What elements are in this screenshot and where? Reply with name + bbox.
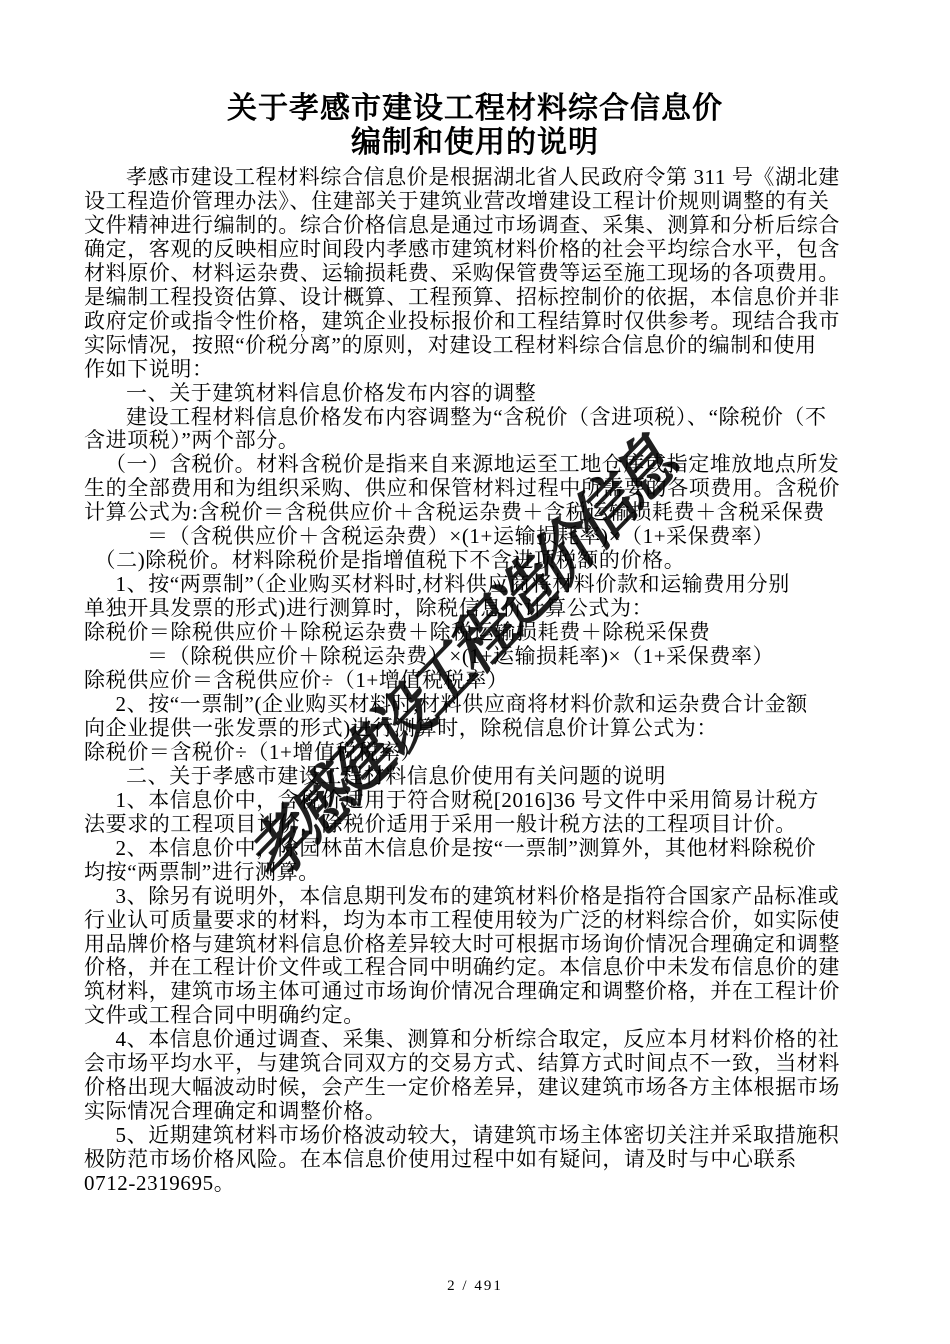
body-line: 价格，并在工程计价文件或工程合同中明确约定。本信息价中未发布信息价的建 [84,956,866,980]
body-line: （一）含税价。材料含税价是指来自来源地运至工地仓库或指定堆放地点所发 [84,453,866,477]
body-line: 孝感市建设工程材料综合信息价是根据湖北省人民政府令第 311 号《湖北建 [84,166,866,190]
body-line: 实际情况，按照“价税分离”的原则，对建设工程材料综合信息价的编制和使用 [84,334,866,358]
body-line: 二、关于孝感市建设工程材料信息价使用有关问题的说明 [84,765,866,789]
document-title-line2: 编制和使用的说明 [0,126,950,160]
body-line: 会市场平均水平，与建筑合同双方的交易方式、结算方式时间点不一致，当材料 [84,1052,866,1076]
body-line: 0712-2319695。 [84,1172,866,1196]
body-line: 除税价＝含税价÷（1+增值税税率） [84,741,866,765]
body-line: 均按“两票制”进行测算。 [84,861,866,885]
document-title-line1: 关于孝感市建设工程材料综合信息价 [0,0,950,126]
page-number: 2 / 491 [0,1278,950,1295]
body-line: 一、关于建筑材料信息价格发布内容的调整 [84,382,866,406]
body-line: 1、按“两票制”（企业购买材料时,材料供应商将材料价款和运输费用分别 [84,573,866,597]
body-line: 生的全部费用和为组织采购、供应和保管材料过程中所需要的各项费用。含税价 [84,477,866,501]
body-line: 除税供应价＝含税供应价÷（1+增值税税率） [84,669,866,693]
body-line: 极防范市场价格风险。在本信息价使用过程中如有疑问，请及时与中心联系 [84,1148,866,1172]
document-body: 孝感市建设工程材料综合信息价是根据湖北省人民政府令第 311 号《湖北建设工程造… [0,160,950,1196]
body-line: 除税价＝除税供应价＋除税运杂费＋除税运输损耗费＋除税采保费 [84,621,866,645]
body-line: 2、按“一票制”(企业购买材料时,材料供应商将材料价款和运杂费合计金额 [84,693,866,717]
body-line: 价格出现大幅波动时候，会产生一定价格差异，建议建筑市场各方主体根据市场 [84,1076,866,1100]
body-line: （二)除税价。材料除税价是指增值税下不含进项税额的价格。 [84,549,866,573]
body-line: 设工程造价管理办法》、住建部关于建筑业营改增建设工程计价规则调整的有关 [84,190,866,214]
body-line: 文件精神进行编制的。综合价格信息是通过市场调查、采集、测算和分析后综合 [84,214,866,238]
body-line: 文件或工程合同中明确约定。 [84,1004,866,1028]
body-line: 作如下说明： [84,358,866,382]
body-line: 4、本信息价通过调查、采集、测算和分析综合取定，反应本月材料价格的社 [84,1028,866,1052]
body-line: 用品牌价格与建筑材料信息价格差异较大时可根据市场询价情况合理确定和调整 [84,933,866,957]
body-line: 计算公式为:含税价＝含税供应价＋含税运杂费＋含税运输损耗费＋含税采保费 [84,501,866,525]
body-line: 确定，客观的反映相应时间段内孝感市建筑材料价格的社会平均综合水平，包含 [84,238,866,262]
body-line: 筑材料，建筑市场主体可通过市场询价情况合理确定和调整价格，并在工程计价 [84,980,866,1004]
body-line: 含进项税）”两个部分。 [84,429,866,453]
body-line: 行业认可质量要求的材料，均为本市工程使用较为广泛的材料综合价，如实际使 [84,909,866,933]
body-line: 2、本信息价中，除园林苗木信息价是按“一票制”测算外，其他材料除税价 [84,837,866,861]
body-line: ＝（除税供应价＋除税运杂费）×(1+运输损耗率)×（1+采保费率） [84,645,866,669]
body-line: 是编制工程投资估算、设计概算、工程预算、招标控制价的依据，本信息价并非 [84,286,866,310]
body-line: 3、除另有说明外，本信息期刊发布的建筑材料价格是指符合国家产品标准或 [84,885,866,909]
body-line: 5、近期建筑材料市场价格波动较大，请建筑市场主体密切关注并采取措施积 [84,1124,866,1148]
body-line: ＝（含税供应价＋含税运杂费）×(1+运输损耗率)×（1+采保费率） [84,525,866,549]
body-line: 材料原价、材料运杂费、运输损耗费、采购保管费等运至施工现场的各项费用。 [84,262,866,286]
document-page: 孝感建设工程造价信息 关于孝感市建设工程材料综合信息价 编制和使用的说明 孝感市… [0,0,950,1344]
body-line: 单独开具发票的形式)进行测算时，除税信息价计算公式为： [84,597,866,621]
body-line: 实际情况合理确定和调整价格。 [84,1100,866,1124]
body-line: 政府定价或指令性价格，建筑企业投标报价和工程结算时仅供参考。现结合我市 [84,310,866,334]
body-line: 法要求的工程项目计价，除税价适用于采用一般计税方法的工程项目计价。 [84,813,866,837]
body-line: 向企业提供一张发票的形式)进行测算时，除税信息价计算公式为： [84,717,866,741]
body-line: 1、本信息价中，含税价适用于符合财税[2016]36 号文件中采用简易计税方 [84,789,866,813]
body-line: 建设工程材料信息价格发布内容调整为“含税价（含进项税）、“除税价（不 [84,406,866,430]
